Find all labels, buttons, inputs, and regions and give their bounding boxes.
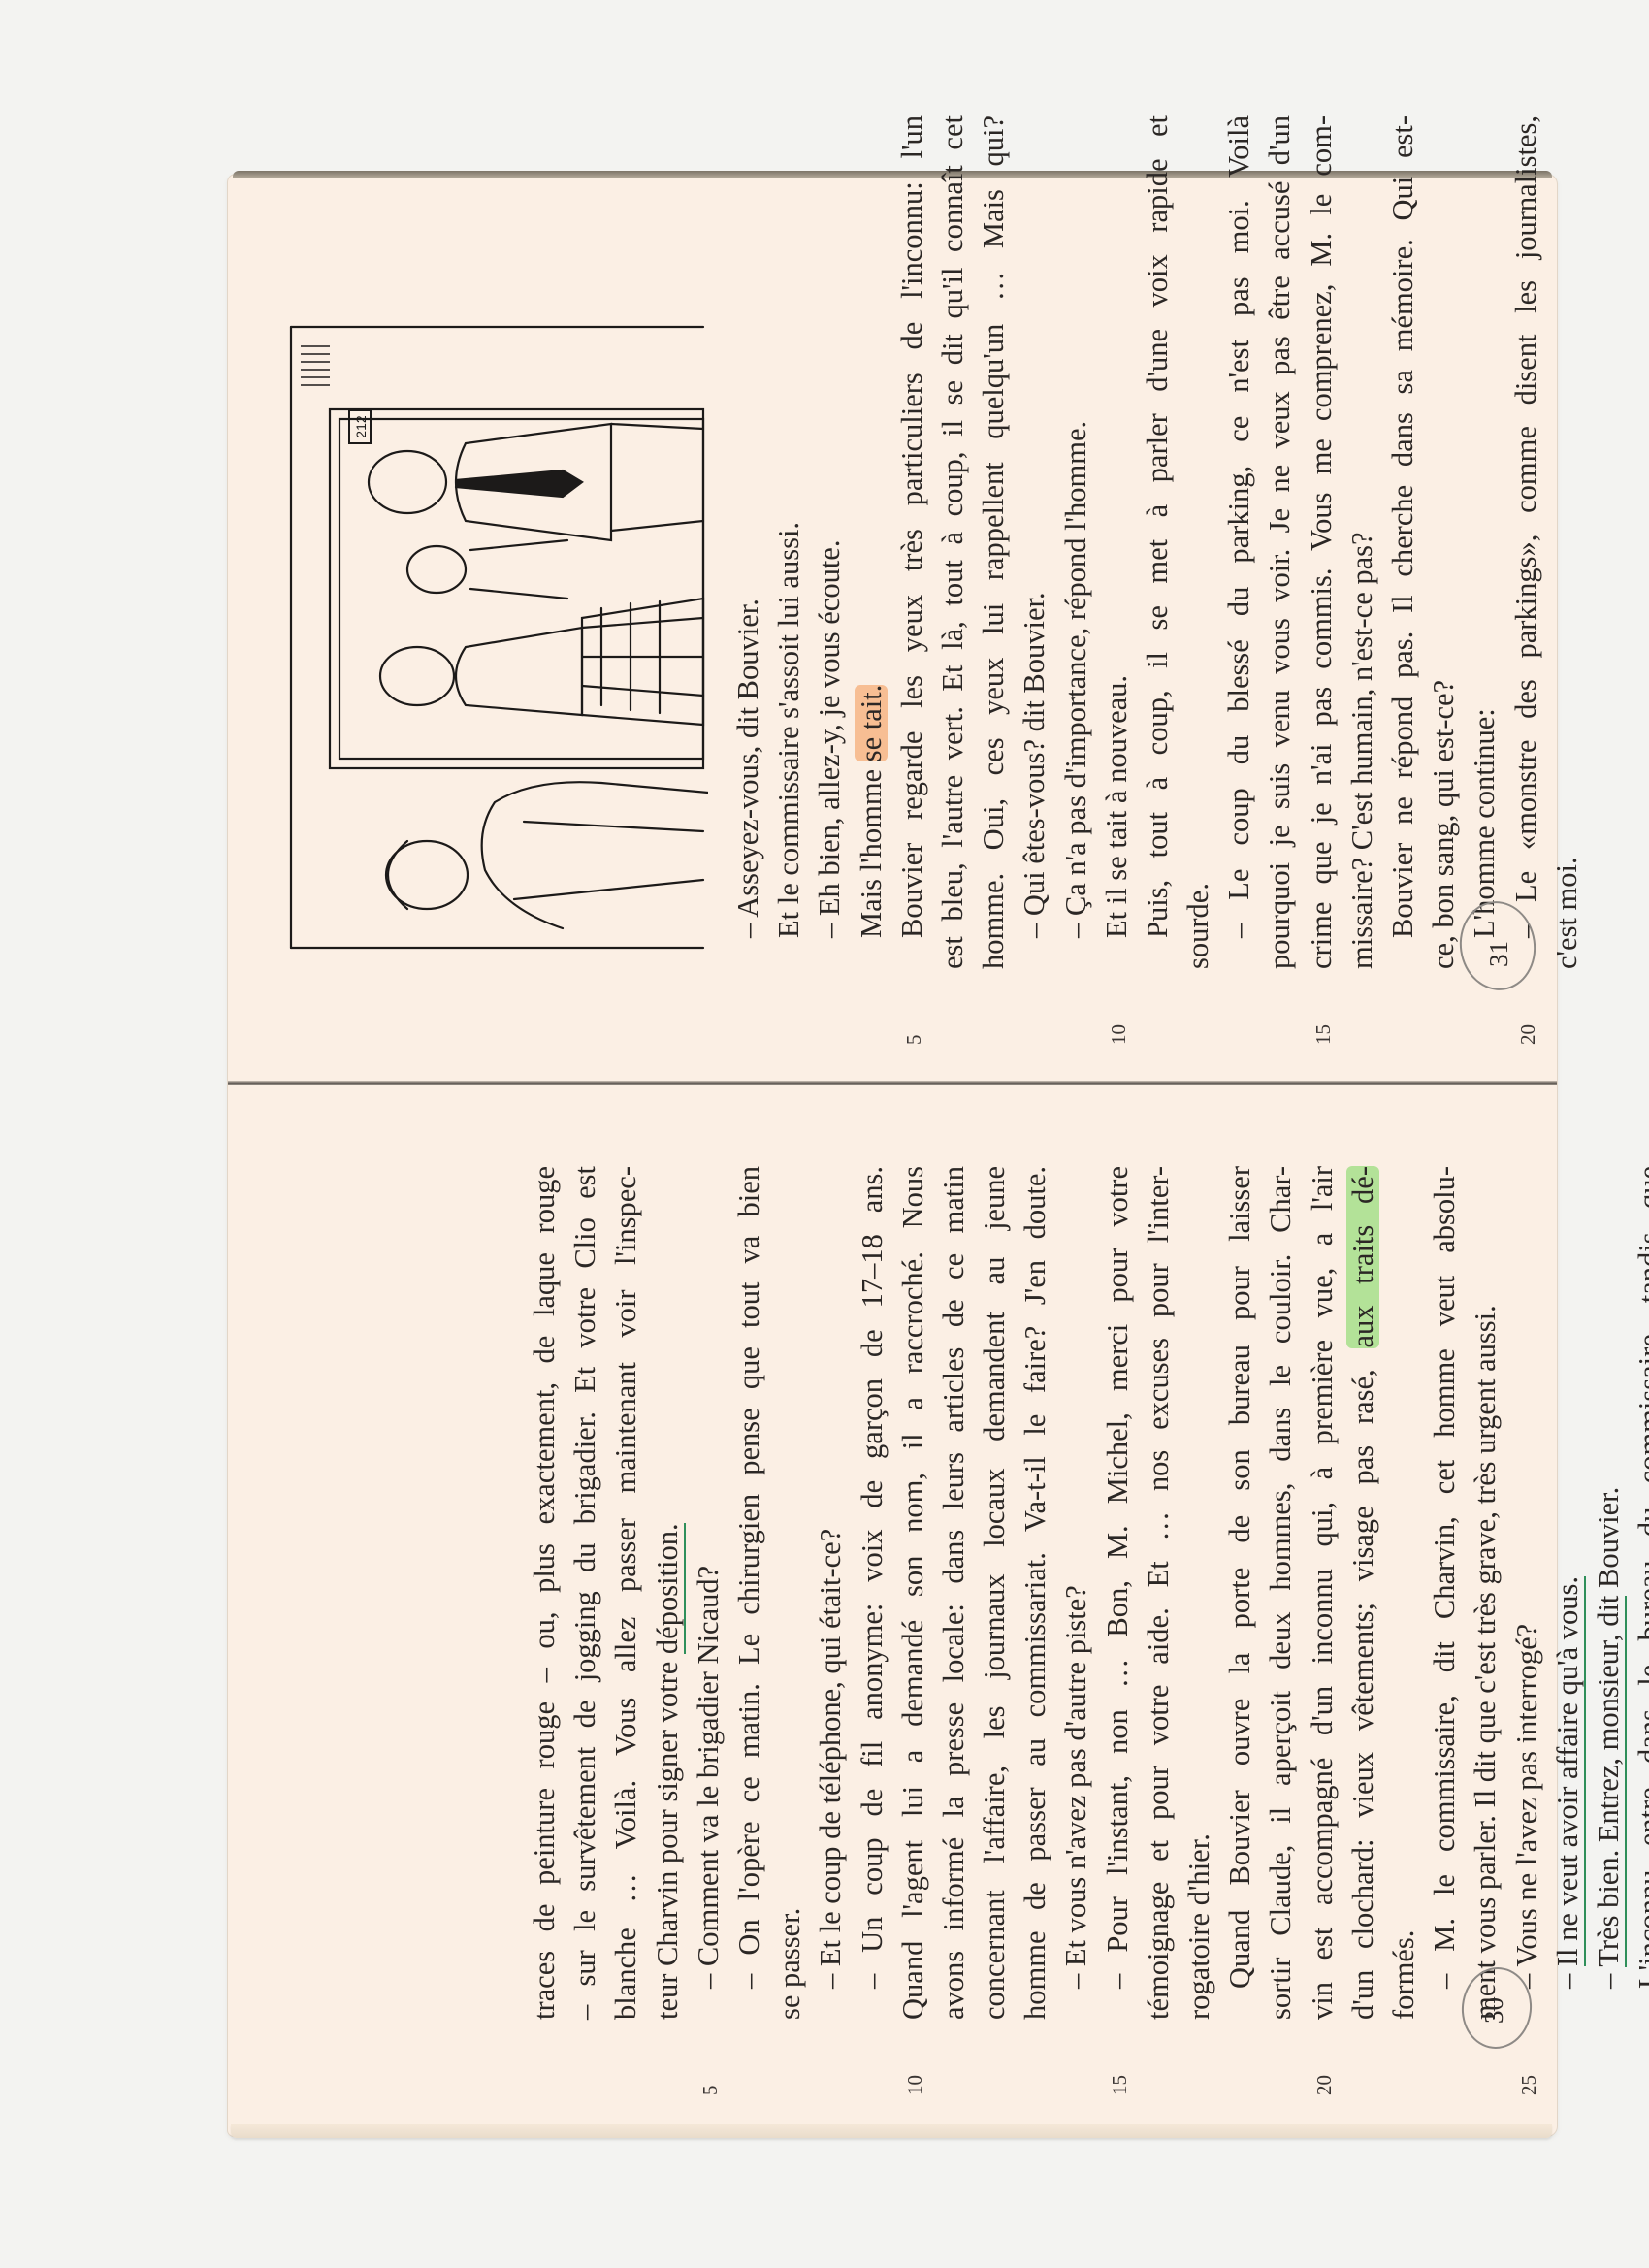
text-line: c'est moi. — [1546, 115, 1587, 969]
page-31-text: – Asseyez-vous, dit Bouvier.Et le commis… — [727, 115, 1587, 969]
text-line: – Le «monstre des parkings», comme disen… — [1505, 115, 1546, 969]
text-line: témoignage et pour votre aide. Et … nos … — [1138, 1166, 1179, 2020]
text-line: est bleu, l'autre vert. Et là, tout à co… — [932, 115, 973, 969]
text-line: sourde. — [1178, 115, 1218, 969]
text-line: concernant l'affaire, les journaux locau… — [974, 1166, 1015, 2020]
text-line: sortir Claude, il aperçoit deux hommes, … — [1260, 1166, 1301, 2020]
text-line: – Il ne veut avoir affaire qu'à vous. — [1547, 1166, 1588, 2020]
line-number: 5 — [690, 2057, 730, 2095]
text-line: Quand Bouvier ouvre la porte de son bure… — [1219, 1166, 1260, 2020]
text-line: Et il se tait à nouveau.10 — [1096, 115, 1137, 969]
text-line: – Très bien. Entrez, monsieur, dit Bouvi… — [1588, 1166, 1629, 2020]
text-line: – Qui êtes-vous? dit Bouvier. — [1014, 115, 1054, 969]
page-number: 30 — [1479, 1997, 1509, 2024]
text-line: – Comment va le brigadier Nicaud?5 — [688, 1166, 728, 2020]
line-number: 20 — [1507, 1006, 1548, 1045]
text-line: – Et le coup de téléphone, qui était-ce? — [810, 1166, 851, 2020]
text-line: Mais l'homme se tait. — [851, 115, 891, 969]
text-line: L'homme continue: — [1464, 115, 1504, 969]
text-line: formés. — [1383, 1166, 1424, 2020]
text-line: pourquoi je suis venu vous voir. Je ne v… — [1259, 115, 1300, 969]
line-number: 20 — [1304, 2057, 1344, 2095]
page-30-text: traces de peinture rouge – ou, plus exac… — [524, 1166, 1649, 2020]
text-line: homme de passer au commissariat. Va-t-il… — [1015, 1166, 1055, 2020]
door-number-sign: 212 — [353, 415, 369, 438]
text-line: – Le coup du blessé du parking, ce n'est… — [1218, 115, 1259, 969]
line-number: 10 — [1098, 1006, 1139, 1045]
text-line: – Et vous n'avez pas d'autre piste? — [1055, 1166, 1096, 2020]
text-line: vin est accompagné d'un inconnu qui, à p… — [1302, 1166, 1342, 2020]
text-line: – M. le commissaire, dit Charvin, cet ho… — [1424, 1166, 1465, 2020]
text-line: – sur le survêtement de jogging du briga… — [565, 1166, 605, 2020]
text-line: homme. Oui, ces yeux lui rappellent quel… — [973, 115, 1014, 969]
line-number: 5 — [893, 1006, 934, 1045]
page-number: 31 — [1484, 941, 1514, 967]
text-line: Quand l'agent lui a demandé son nom, il … — [892, 1166, 933, 2020]
text-line: – Un coup de fil anonyme: voix de garçon… — [852, 1166, 892, 2020]
text-line: – Pour l'instant, non … Bon, M. Michel, … — [1097, 1166, 1138, 2020]
text-line: crime que je n'ai pas commis. Vous me co… — [1301, 115, 1342, 969]
text-line: ce, bon sang, qui est-ce? — [1423, 115, 1464, 969]
text-line: – Ça n'a pas d'importance, répond l'homm… — [1055, 115, 1096, 969]
page-30: traces de peinture rouge – ou, plus exac… — [228, 1084, 1557, 2134]
text-line: – Asseyez-vous, dit Bouvier. — [727, 115, 768, 969]
text-line: se passer. — [769, 1166, 810, 2020]
text-line: rogatoire d'hier. — [1179, 1166, 1219, 2020]
text-line: Et le commissaire s'assoit lui aussi. — [768, 115, 809, 969]
text-line: d'un clochard: vieux vêtements; visage p… — [1342, 1166, 1383, 2020]
text-line: avons informé la presse locale: dans leu… — [933, 1166, 974, 2020]
text-line: Puis, tout à coup, il se met à parler d'… — [1137, 115, 1178, 969]
text-line: Bouvier regarde les yeux très particulie… — [891, 115, 932, 969]
text-line: ment vous parler. Il dit que c'est très … — [1465, 1166, 1505, 2020]
text-line: Bouvier ne répond pas. Il cherche dans s… — [1382, 115, 1423, 969]
line-number: 15 — [1099, 2057, 1140, 2095]
ink-illustration-three-men-office: 212 — [272, 308, 708, 967]
text-line: blanche … Voilà. Vous allez passer maint… — [605, 1166, 646, 2020]
text-line: L'inconnu entre dans le bureau du commis… — [1629, 1166, 1649, 2020]
line-number: 25 — [1508, 2057, 1549, 2095]
text-line: – Eh bien, allez-y, je vous écoute. — [809, 115, 850, 969]
text-line: – Vous ne l'avez pas interrogé?25 — [1506, 1166, 1547, 2020]
line-number: 15 — [1303, 1006, 1343, 1045]
text-line: teur Charvin pour signer votre dépositio… — [647, 1166, 688, 2020]
line-number: 10 — [894, 2057, 935, 2095]
page-31: 212 – Asseyez-vous, dit Bouvier.Et le co… — [228, 175, 1557, 1084]
text-line: missaire? C'est humain, n'est-ce pas? — [1342, 115, 1382, 969]
text-line: – On l'opère ce matin. Le chirurgien pen… — [728, 1166, 769, 2020]
text-line: traces de peinture rouge – ou, plus exac… — [524, 1166, 565, 2020]
